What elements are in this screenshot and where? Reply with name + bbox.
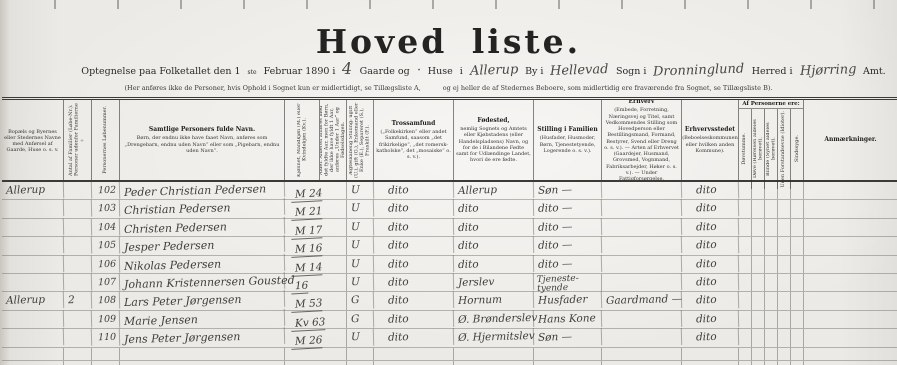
cell-mentally-disabled [778,311,791,328]
cell-marital: G [347,310,374,328]
cell-marital: U [347,237,374,255]
cell-religion: dito [374,328,454,347]
form-text: By i [525,66,543,77]
census-table: Bopæls og Byernes eller Stedernes Navne … [2,97,897,365]
header-afflictions-group: Af Personerne ere: Døvstumme. Døve (Høre… [739,100,804,180]
cell-name: Jens Peter Jørgensen [120,327,285,349]
cell-mentally-disabled [778,182,791,199]
cell-deaf-mute [739,237,752,254]
cell-place [2,328,64,347]
cell-deaf [752,292,765,309]
cell-remarks [804,292,897,309]
cell-person-number: 108 [92,292,120,310]
cell-sex-age: M 16 [285,237,347,254]
header-occupation: Erhverv(Embede, Forretning, Næringsvej o… [602,100,682,180]
cell-position-in-family: Tjeneste- tyende [534,274,602,291]
empty-row [2,348,897,361]
header-mentally-disabled: Uden Forstandsevne (Idioter). [778,109,791,189]
cell-place [2,310,64,329]
cell-sex-age: M 53 [285,292,347,309]
cell-mentally-disabled [778,237,791,254]
cell-birthplace: Jerslev [454,273,534,292]
cell-blind [765,329,778,346]
cell-insane [791,200,804,217]
cell-person-number: 110 [92,329,120,347]
cell-remarks [804,182,897,199]
table-row: 103 Christian Pedersen M 21 U dito dito … [2,200,897,218]
header-sex: Kjønnet, Mandkjøn (M.) eller Kvindekjøn … [285,100,320,180]
herred-name-handwritten: Dronninglund [653,64,745,78]
table-row: Allerup 102 Peder Christian Pedersen M 2… [2,182,897,200]
cell-remarks [804,237,897,254]
header-blind: Blinde (Synet aldeles berøvet). [765,109,778,189]
sogn-name-handwritten: Hellevad [550,65,609,77]
cell-blind [765,292,778,309]
cell-position-in-family: Søn — [534,181,602,200]
cell-religion: dito [374,273,454,292]
cell-name: Jesper Pedersen [120,235,285,257]
cell-religion: dito [374,199,454,218]
note-right: og ej heller de af Stedernes Beboere, so… [443,84,773,92]
note-left: (Her anføres ikke de Personer, hvis Opho… [125,84,421,92]
table-row: Allerup 2 108 Lars Peter Jørgensen M 53 … [2,292,897,310]
day-suffix: ste [248,69,257,76]
table-row: 104 Christen Pedersen M 17 U dito dito d… [2,219,897,237]
cell-mentally-disabled [778,200,791,217]
cell-religion: dito [374,291,454,310]
cell-workplace: dito [682,328,739,347]
cell-place: Allerup [2,292,64,311]
header-deaf: Døve (Hørelsen aldeles berøvet). [752,109,765,189]
table-row: 106 Nikolas Pedersen M 14 U dito dito di… [2,256,897,274]
cell-blind [765,237,778,254]
cell-insane [791,329,804,346]
cell-occupation [602,199,682,218]
cell-birthplace: Ø. Hjermitslev [454,328,534,347]
cell-birthplace: Ø. Brønderslev [454,310,534,329]
header-place: Bopæls og Byernes eller Stedernes Navne … [2,100,64,180]
form-text: Sogn i [616,66,647,77]
cell-family-count [64,200,92,218]
cell-remarks [804,329,897,346]
cell-deaf-mute [739,219,752,236]
cell-marital: U [347,255,374,273]
cell-birthplace: Hornum [454,291,534,310]
cell-occupation [602,273,682,292]
cell-deaf-mute [739,256,752,273]
table-body: Allerup 102 Peder Christian Pedersen M 2… [2,182,897,365]
cell-insane [791,292,804,309]
afflictions-group-title: Af Personerne ere: [739,100,803,109]
cell-family-count [64,182,92,200]
header-position-in-family: Stilling i Familien(Husfader, Husmoder, … [534,100,602,180]
form-note-line: (Her anføres ikke de Personer, hvis Opho… [0,84,897,92]
cell-sex-age: M 24 [285,182,347,199]
cell-occupation [602,181,682,200]
cell-mentally-disabled [778,292,791,309]
cell-position-in-family: dito — [534,200,602,219]
cell-remarks [804,200,897,217]
by-name-handwritten: Allerup [470,65,519,77]
cell-insane [791,274,804,291]
header-deaf-mute: Døvstumme. [739,109,752,189]
cell-blind [765,311,778,328]
cell-blind [765,256,778,273]
cell-sex-age: M 17 [285,219,347,236]
table-row: 105 Jesper Pedersen M 16 U dito dito dit… [2,237,897,255]
cell-position-in-family: dito — [534,236,602,255]
form-text: Huse [428,66,453,77]
cell-deaf [752,219,765,236]
cell-birthplace: dito [454,199,534,218]
cell-workplace: dito [682,292,739,311]
cell-person-number: 104 [92,218,120,236]
cell-birthplace: dito [454,218,534,237]
cell-religion: dito [374,181,454,200]
scan-edge-marks [20,0,877,9]
cell-deaf [752,256,765,273]
cell-person-number: 102 [92,182,120,200]
header-full-name: Samtlige Personers fulde Navn.Børn, der … [120,100,285,180]
cell-workplace: dito [682,181,739,200]
cell-occupation [602,218,682,237]
cell-workplace: dito [682,218,739,237]
cell-deaf [752,182,765,199]
header-remarks: Anmærkninger. [804,100,897,180]
cell-blind [765,274,778,291]
cell-religion: dito [374,218,454,237]
cell-deaf [752,329,765,346]
cell-workplace: dito [682,255,739,274]
cell-birthplace: dito [454,255,534,274]
cell-position-in-family: Hans Kone [534,310,602,329]
cell-marital: U [347,218,374,236]
cell-remarks [804,219,897,236]
cell-sex-age: M 21 [285,200,347,217]
cell-insane [791,311,804,328]
header-religion: Trossamfund(„Folkekirken“ eller andet Sa… [374,100,454,180]
cell-insane [791,237,804,254]
cell-workplace: dito [682,310,739,329]
cell-religion: dito [374,255,454,274]
cell-mentally-disabled [778,329,791,346]
cell-occupation [602,310,682,329]
table-row: 107 Johann Kristennersen Gousted 16 U di… [2,274,897,292]
cell-remarks [804,256,897,273]
form-text: Herred i [752,66,793,77]
header-birthplace: Fødested,nemlig Sognets og Amtets eller … [454,100,534,180]
cell-deaf-mute [739,274,752,291]
cell-birthplace: Allerup [454,181,534,200]
form-text: i [460,66,463,77]
cell-family-count [64,310,92,328]
cell-birthplace: dito [454,236,534,255]
header-workplace: Erhvervsstedet(Beboelseskommunen eller h… [682,100,739,180]
cell-person-number: 103 [92,200,120,218]
table-header: Bopæls og Byernes eller Stedernes Navne … [2,100,897,182]
cell-insane [791,219,804,236]
cell-deaf [752,237,765,254]
cell-deaf-mute [739,200,752,217]
cell-insane [791,256,804,273]
cell-sex-age: 16 [285,274,347,291]
cell-blind [765,200,778,217]
cell-marital: U [347,274,374,292]
header-age: Alder. Alderen anføres med det fyldte Aa… [320,100,347,180]
cell-occupation [602,236,682,255]
cell-mentally-disabled [778,274,791,291]
cell-place: Allerup [2,181,64,200]
cell-person-number: 105 [92,237,120,255]
scanned-census-form: Hoved liste. Optegnelse paa Folketallet … [0,0,897,365]
header-insane: Sindssyge. [791,109,804,189]
form-text: Amt. [863,66,886,77]
cell-sex-age: Kv 63 [285,311,347,328]
cell-family-count: 2 [64,292,92,310]
page-title: Hoved liste. [0,22,897,61]
cell-family-count [64,237,92,255]
cell-mentally-disabled [778,219,791,236]
cell-deaf [752,311,765,328]
cell-position-in-family: dito — [534,218,602,237]
cell-person-number: 109 [92,310,120,328]
cell-marital: U [347,329,374,347]
cell-marital: U [347,200,374,218]
cell-marital: G [347,292,374,310]
cell-deaf-mute [739,329,752,346]
cell-religion: dito [374,236,454,255]
cell-mentally-disabled [778,256,791,273]
cell-occupation: Gaardmand — [602,291,682,310]
cell-remarks [804,274,897,291]
cell-blind [765,182,778,199]
table-row: 109 Marie Jensen Kv 63 G dito Ø. Brønder… [2,311,897,329]
form-text: Optegnelse paa Folketallet den 1 [81,66,240,77]
cell-religion: dito [374,310,454,329]
cell-position-in-family: dito — [534,255,602,274]
gaarde-count-handwritten: 4 [342,63,353,76]
form-header-line: Optegnelse paa Folketallet den 1ste Febr… [100,63,867,77]
amt-name-handwritten: Hjørring [799,65,856,77]
cell-position-in-family: Søn — [534,328,602,347]
header-person-number: Personernes Løbenummer. [92,100,120,180]
cell-occupation [602,328,682,347]
cell-sex-age: M 26 [285,329,347,346]
cell-occupation [602,255,682,274]
cell-family-count [64,218,92,236]
cell-deaf-mute [739,292,752,309]
huse-count-handwritten: · [416,66,421,77]
cell-deaf-mute [739,311,752,328]
cell-place [2,218,64,237]
cell-place [2,200,64,219]
cell-workplace: dito [682,236,739,255]
cell-marital: U [347,182,374,200]
form-text: Gaarde og [360,66,410,77]
cell-workplace: dito [682,200,739,219]
cell-family-count [64,255,92,273]
form-text: Februar 1890 i [264,66,336,77]
cell-person-number: 106 [92,255,120,273]
cell-sex-age: M 14 [285,256,347,273]
cell-deaf-mute [739,182,752,199]
cell-position-in-family: Husfader [534,291,602,310]
cell-workplace: dito [682,273,739,292]
cell-person-number: 107 [92,274,120,292]
cell-family-count [64,329,92,347]
cell-deaf [752,274,765,291]
header-family-count: Antal af Familier (Løbe-Nr.). Personer u… [64,100,92,180]
header-marital-status: Ægteskabelig Stilling: ugift (U.), gift … [347,100,374,180]
cell-deaf [752,200,765,217]
cell-family-count [64,274,92,292]
cell-place [2,273,64,292]
cell-insane [791,182,804,199]
cell-place [2,236,64,255]
table-row: 110 Jens Peter Jørgensen M 26 U dito Ø. … [2,329,897,347]
cell-place [2,255,64,274]
empty-row [2,361,897,365]
cell-remarks [804,311,897,328]
cell-blind [765,219,778,236]
